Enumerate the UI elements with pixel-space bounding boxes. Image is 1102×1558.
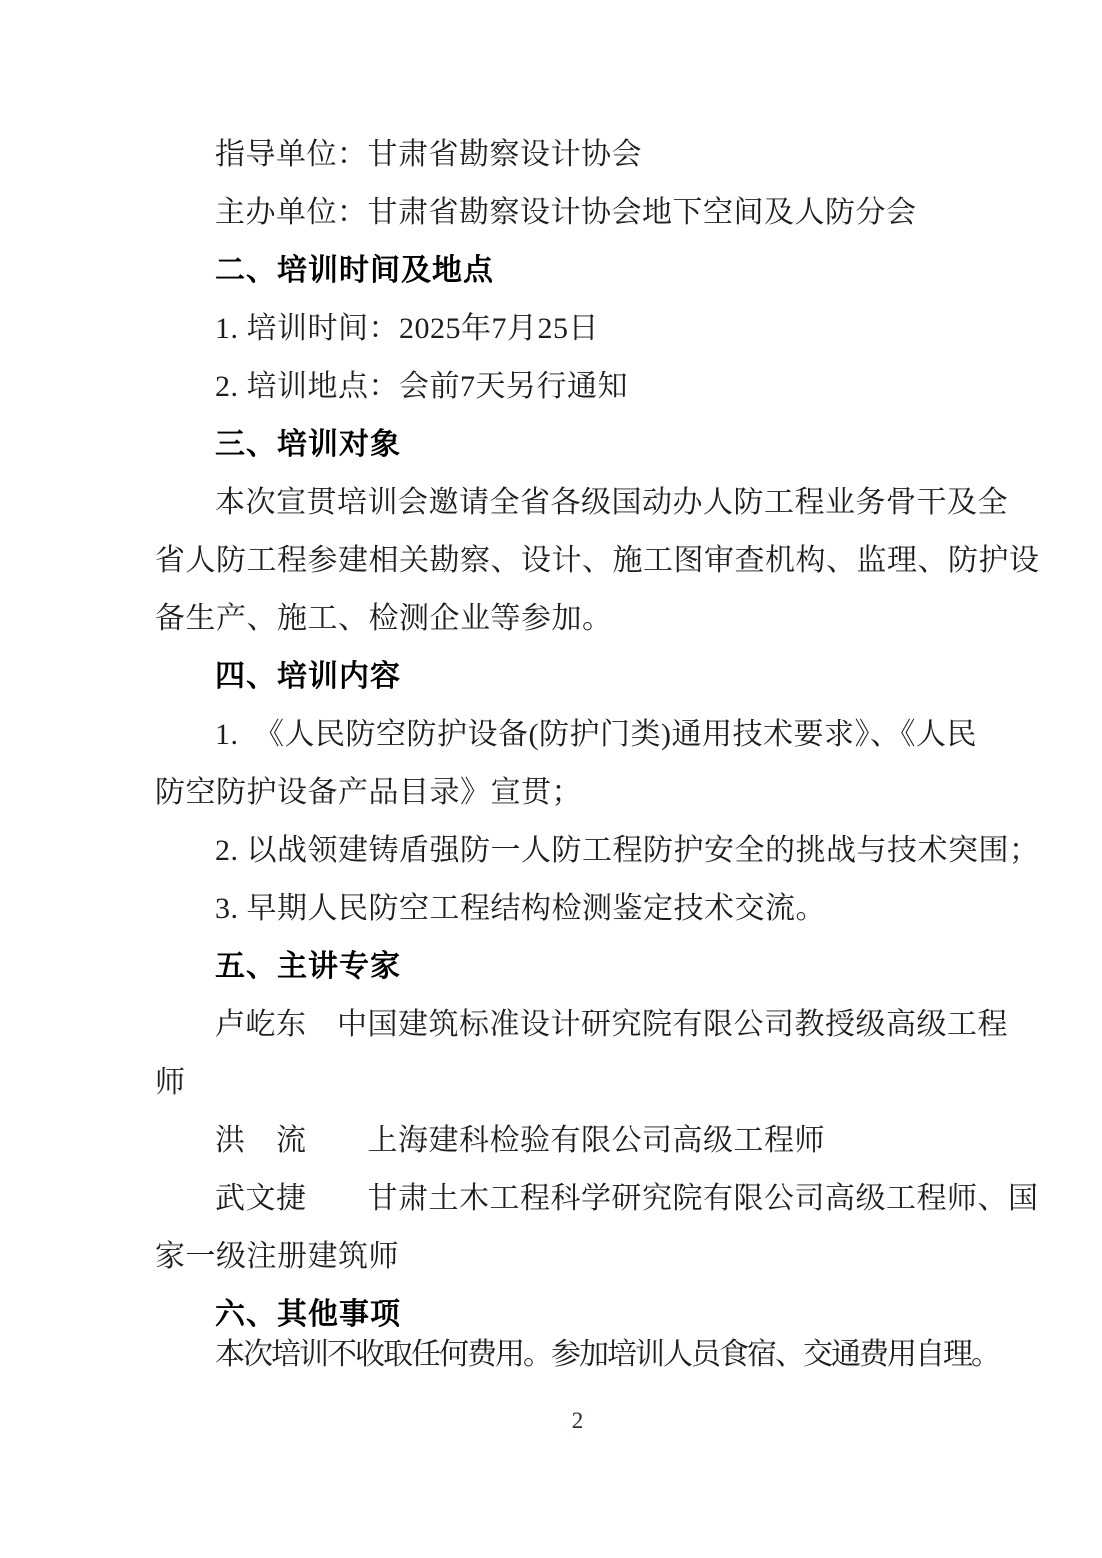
text-line: 备生产、施工、检测企业等参加。 (155, 590, 1000, 648)
page-number: 2 (155, 1408, 1000, 1434)
text-line: 师 (155, 1054, 1000, 1112)
text-line: 武文捷 甘肃土木工程科学研究院有限公司高级工程师、国 (155, 1170, 1000, 1228)
text-line: 卢屹东 中国建筑标准设计研究院有限公司教授级高级工程 (155, 996, 1000, 1054)
text-line: 洪 流 上海建科检验有限公司高级工程师 (155, 1112, 1000, 1170)
text-line: 2. 培训地点：会前7天另行通知 (155, 358, 1000, 416)
section-heading: 二、培训时间及地点 (155, 242, 1000, 300)
text-line: 本次培训不收取任何费用。参加培训人员食宿、交通费用自理。 (155, 1326, 1000, 1384)
text-line: 家一级注册建筑师 (155, 1228, 1000, 1286)
section-heading: 三、培训对象 (155, 416, 1000, 474)
text-line: 防空防护设备产品目录》宣贯； (155, 764, 1000, 822)
text-line: 省人防工程参建相关勘察、设计、施工图审查机构、监理、防护设 (155, 532, 1000, 590)
text-line: 指导单位：甘肃省勘察设计协会 (155, 126, 1000, 184)
section-heading: 五、主讲专家 (155, 938, 1000, 996)
text-line: 本次宣贯培训会邀请全省各级国动办人防工程业务骨干及全 (155, 474, 1000, 532)
text-line: 主办单位：甘肃省勘察设计协会地下空间及人防分会 (155, 184, 1000, 242)
text-line: 1. 培训时间：2025年7月25日 (155, 300, 1000, 358)
text-line: 3. 早期人民防空工程结构检测鉴定技术交流。 (155, 880, 1000, 938)
section-heading: 四、培训内容 (155, 648, 1000, 706)
text-line: 1. 《人民防空防护设备(防护门类)通用技术要求》、《人民 (155, 706, 1000, 764)
document-body: 指导单位：甘肃省勘察设计协会主办单位：甘肃省勘察设计协会地下空间及人防分会二、培… (155, 126, 1000, 1384)
text-line: 2. 以战领建铸盾强防一人防工程防护安全的挑战与技术突围； (155, 822, 1000, 880)
document-page: 指导单位：甘肃省勘察设计协会主办单位：甘肃省勘察设计协会地下空间及人防分会二、培… (0, 0, 1102, 1558)
